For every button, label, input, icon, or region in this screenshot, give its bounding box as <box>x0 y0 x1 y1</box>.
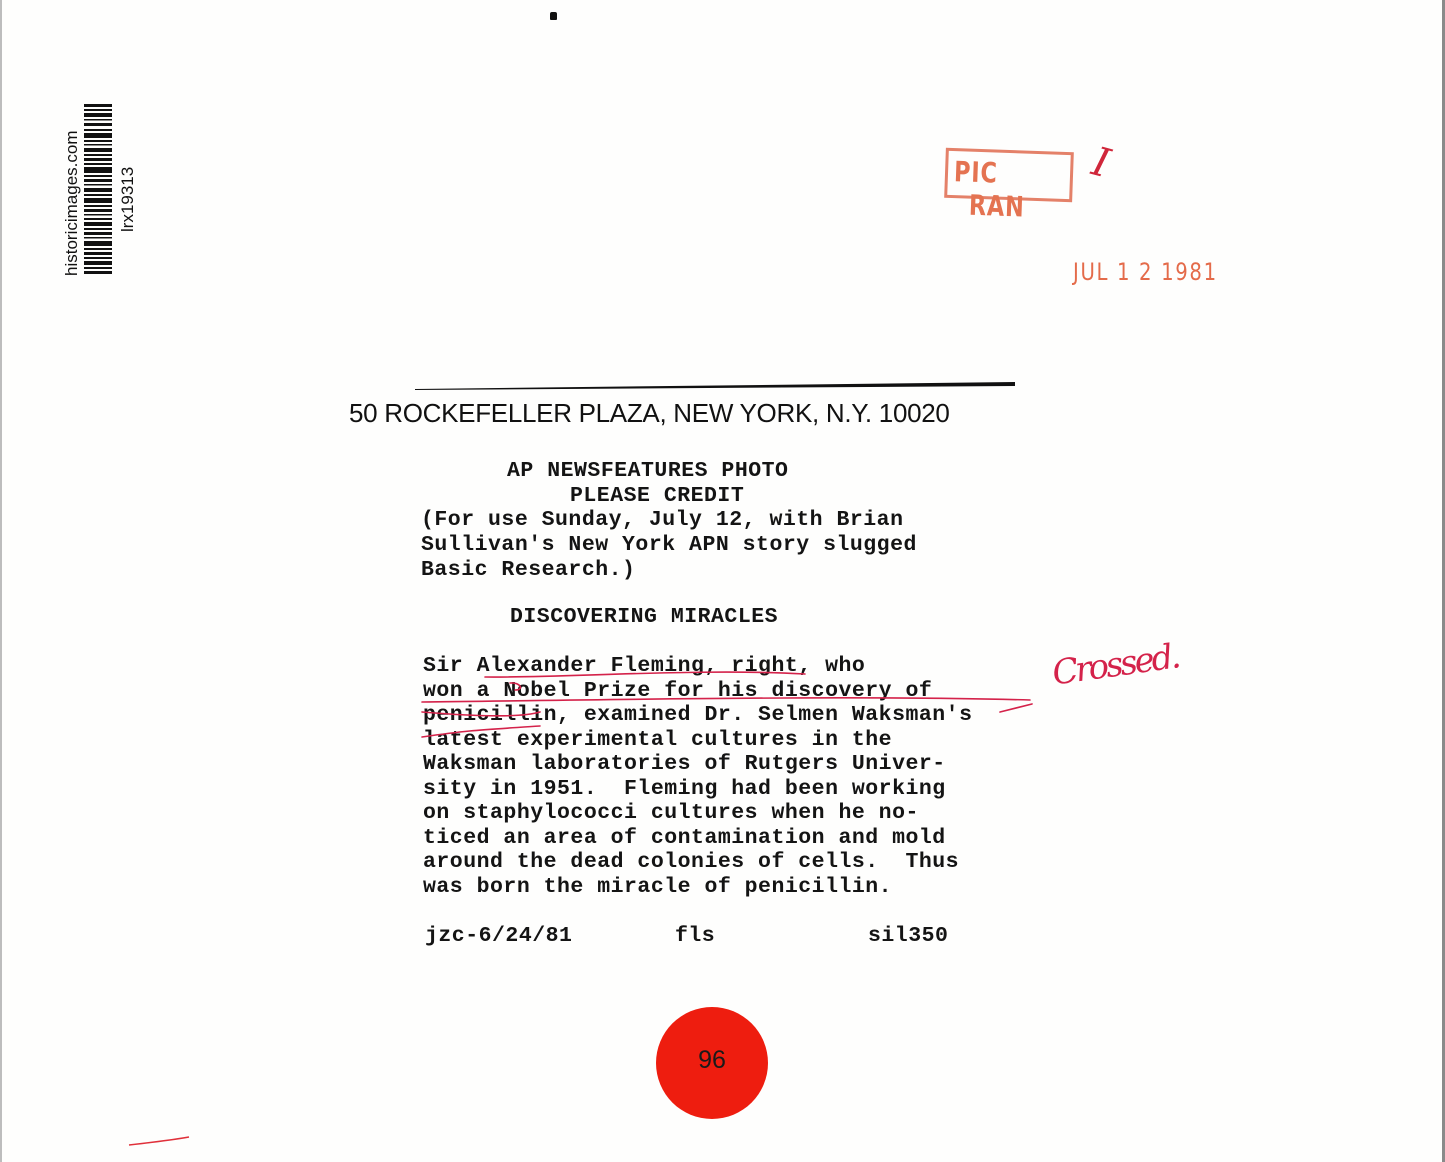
ink-dot <box>550 12 557 20</box>
stamp-word-ran: RAN <box>968 189 1025 224</box>
slug-date: jzc-6/24/81 <box>425 924 572 948</box>
handwritten-mark: I <box>1087 139 1114 188</box>
barcode-id-text: lrx19313 <box>118 167 138 232</box>
caption-source: AP NEWSFEATURES PHOTO <box>507 459 788 483</box>
slug-code: sil350 <box>868 924 948 948</box>
slug-initials: fls <box>675 924 715 948</box>
caption-usage-note: (For use Sunday, July 12, with Brian Sul… <box>421 508 917 583</box>
red-ink-stroke <box>127 1135 191 1147</box>
barcode-label: historicimages.com lrx19313 <box>62 104 122 276</box>
caption-headline: DISCOVERING MIRACLES <box>510 605 778 629</box>
pic-ran-stamp: PICRAN <box>944 148 1074 202</box>
date-stamp: JUL 1 2 1981 <box>1073 258 1218 286</box>
letterhead-address: 50 ROCKEFELLER PLAZA, NEW YORK, N.Y. 100… <box>349 398 950 429</box>
scan-edge-left <box>0 0 2 1162</box>
barcode-icon <box>84 104 112 276</box>
caption-credit: PLEASE CREDIT <box>570 484 744 508</box>
sticker-number: 96 <box>698 1046 726 1075</box>
letterhead-rule <box>415 382 1015 390</box>
caption-body: Sir Alexander Fleming, right, who won a … <box>423 654 973 899</box>
red-sticker: 96 <box>656 1007 768 1119</box>
barcode-site-text: historicimages.com <box>62 131 82 277</box>
handwritten-crossed-note: Crossed. <box>1050 636 1181 693</box>
stamp-word-pic: PIC <box>954 155 999 190</box>
